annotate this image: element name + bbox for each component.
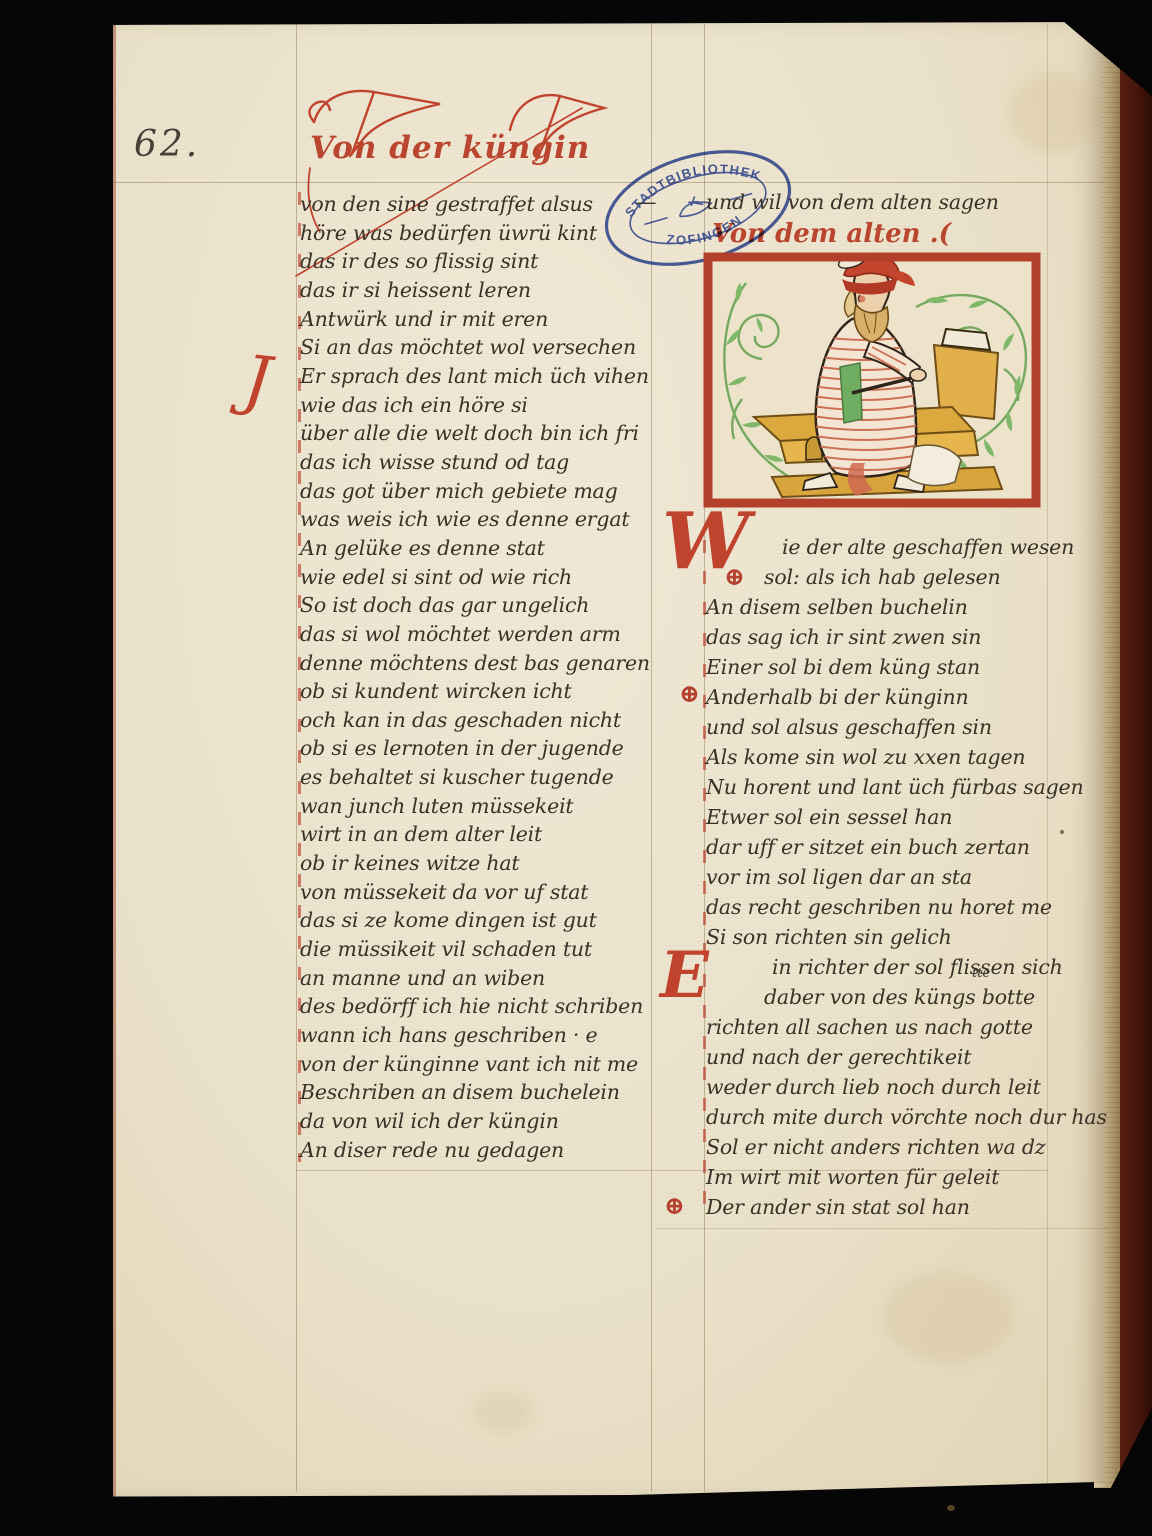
manuscript-line: und wil von dem alten sagen [706,190,999,214]
manuscript-line: richten all sachen us nach gotte [706,1012,1120,1042]
parchment-stain [1008,72,1098,152]
manuscript-line: das ir des so flissig sint [300,247,662,276]
initial-E: E [660,944,709,1008]
miniature-old-man [702,249,1042,512]
manuscript-line: das si ze kome dingen ist gut [300,906,662,935]
manuscript-line: Beschriben an disem buchelein [300,1078,662,1107]
manuscript-line: Anderhalb bi der künginn [706,682,1120,712]
manuscript-line: Si an das möchtet wol versechen [300,333,662,362]
manuscript-line: und sol alsus geschaffen sin [706,712,1120,742]
manuscript-line: denne möchtens dest bas genaren [300,649,662,678]
manuscript-line: wie edel si sint od wie rich [300,563,662,592]
parchment-stain [473,1392,533,1432]
manuscript-line: durch mite durch vörchte noch dur has [706,1102,1120,1132]
manuscript-line: wie das ich ein höre si [300,391,662,420]
manuscript-line: ie der alte geschaffen wesen [706,532,1120,562]
manuscript-line: ob ir keines witze hat [300,849,662,878]
manuscript-line: dar uff er sitzet ein buch zertan [706,832,1120,862]
folio-number: 62. [134,124,200,165]
line-filler-dash: — [636,190,656,214]
ink-speck [947,1505,955,1511]
manuscript-line: daber von des küngs botte [706,982,1120,1012]
book-binding-edge [1116,10,1152,1502]
manuscript-line: von müssekeit da vor uf stat [300,878,662,907]
manuscript-line: das ir si heissent leren [300,276,662,305]
manuscript-line: über alle die welt doch bin ich fri [300,419,662,448]
ruling-line-horizontal [655,1228,1107,1229]
right-text-column: ie der alte geschaffen wesensol: als ich… [706,532,1120,1222]
chapter-heading-left: Von der küngin [310,130,590,166]
manuscript-line: da von wil ich der küngin [300,1107,662,1136]
manuscript-line: es behaltet si kuscher tugende [300,763,662,792]
cross-mark: ⊕ [664,1193,685,1218]
manuscript-line: An disem selben buchelin [706,592,1120,622]
parchment-stain [883,1272,1013,1362]
manuscript-line: wirt in an dem alter leit [300,820,662,849]
left-text-column: von den sine gestraffet alsushöre was be… [300,190,662,1164]
manuscript-line: An gelüke es denne stat [300,534,662,563]
manuscript-line: des bedörff ich hie nicht schriben [300,992,662,1021]
manuscript-line: das ich wisse stund od tag [300,448,662,477]
manuscript-line: Si son richten sin gelich [706,922,1120,952]
manuscript-line: vor im sol ligen dar an sta [706,862,1120,892]
manuscript-line: Etwer sol ein sessel han [706,802,1120,832]
manuscript-line: wann ich hans geschriben · e [300,1021,662,1050]
manuscript-line: So ist doch das gar ungelich [300,591,662,620]
manuscript-line: die müssikeit vil schaden tut [300,935,662,964]
manuscript-line: was weis ich wie es denne ergat [300,505,662,534]
manuscript-line: ob si kundent wircken icht [300,677,662,706]
manuscript-line: Im wirt mit worten für geleit [706,1162,1120,1192]
manuscript-line: und nach der gerechtikeit [706,1042,1120,1072]
manuscript-line: von den sine gestraffet alsus [300,190,662,219]
manuscript-line: das sag ich ir sint zwen sin [706,622,1120,652]
manuscript-line: in richter der sol flissen sich [706,952,1120,982]
manuscript-line: höre was bedürfen üwrü kint [300,219,662,248]
manuscript-line: weder durch lieb noch durch leit [706,1072,1120,1102]
manuscript-line: sol: als ich hab gelesen [706,562,1120,592]
cross-mark: ⊕ [679,681,700,706]
manuscript-line: Antwürk und ir mit eren [300,305,662,334]
manuscript-line: an manne und an wiben [300,964,662,993]
manuscript-line: och kan in das geschaden nicht [300,706,662,735]
manuscript-line: Er sprach des lant mich üch vihen [300,362,662,391]
manuscript-line: von der künginne vant ich nit me [300,1050,662,1079]
manuscript-line: ob si es lernoten in der jugende [300,734,662,763]
manuscript-line: das got über mich gebiete mag [300,477,662,506]
manuscript-line: Sol er nicht anders richten wa dz [706,1132,1120,1162]
manuscript-line: Nu horent und lant üch fürbas sagen [706,772,1120,802]
manuscript-line: An diser rede nu gedagen [300,1136,662,1165]
manuscript-line: Einer sol bi dem küng stan [706,652,1120,682]
manuscript-line: Der ander sin stat sol han [706,1192,1120,1222]
manuscript-line: Als kome sin wol zu xxen tagen [706,742,1120,772]
manuscript-line: das si wol möchtet werden arm [300,620,662,649]
manuscript-line: wan junch luten müssekeit [300,792,662,821]
manuscript-line: das recht geschriben nu horet me [706,892,1120,922]
